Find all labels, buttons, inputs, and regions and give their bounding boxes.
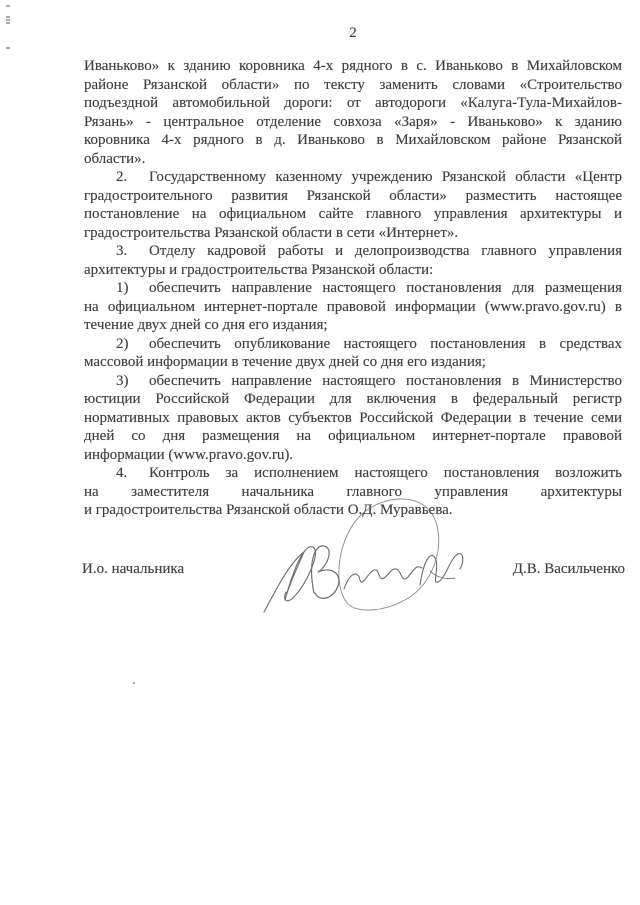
scan-speck	[6, 22, 10, 24]
text-line: массовой информации в течение двух дней …	[84, 353, 622, 372]
item-number: 3.	[116, 242, 149, 261]
signer-name: Д.В. Васильченко	[513, 560, 625, 579]
text-line: градостроительного развития Рязанской об…	[84, 187, 622, 206]
text-line: 4.Контроль за исполнением настоящего пос…	[84, 464, 622, 483]
text-line: области».	[84, 150, 622, 169]
text-line: районе Рязанской области» по тексту заме…	[84, 76, 622, 95]
text-line: Иваньково» к зданию коровника 4-х рядног…	[84, 57, 622, 76]
text-line: градостроительства Рязанской области в с…	[84, 224, 622, 243]
text-line: Рязань» - центральное отделение совхоза …	[84, 113, 622, 132]
scan-speck	[133, 682, 135, 684]
text-line: дней со дня размещения на официальном ин…	[84, 427, 622, 446]
text-line: нормативных правовых актов субъектов Рос…	[84, 409, 622, 428]
text-line: 2)обеспечить опубликование настоящего по…	[84, 335, 622, 354]
scan-speck	[6, 19, 10, 21]
text-line: коровника 4-х рядного в д. Иваньково в М…	[84, 131, 622, 150]
text-line: архитектуры и градостроительства Рязанск…	[84, 261, 622, 280]
text-line: информации (www.pravo.gov.ru).	[84, 446, 622, 465]
line-text: обеспечить направление настоящего постан…	[149, 372, 622, 391]
item-number: 1)	[116, 279, 149, 298]
handwritten-signature	[250, 492, 472, 620]
line-text: Отделу кадровой работы и делопроизводств…	[149, 242, 622, 261]
line-text: Контроль за исполнением настоящего поста…	[149, 464, 622, 483]
text-line: на официальном интернет-портале правовой…	[84, 298, 622, 317]
text-line: постановление на официальном сайте главн…	[84, 205, 622, 224]
text-line: 1)обеспечить направление настоящего пост…	[84, 279, 622, 298]
text-line: 3.Отделу кадровой работы и делопроизводс…	[84, 242, 622, 261]
item-number: 3)	[116, 372, 149, 391]
document-body: Иваньково» к зданию коровника 4-х рядног…	[84, 57, 622, 520]
scan-speck	[6, 5, 10, 7]
scan-speck	[6, 16, 10, 18]
text-line: 3)обеспечить направление настоящего пост…	[84, 372, 622, 391]
text-line: подъездной автомобильной дороги: от авто…	[84, 94, 622, 113]
scan-speck	[6, 47, 10, 49]
signer-position-label: И.о. начальника	[82, 560, 184, 579]
text-line: течение двух дней со дня его издания;	[84, 316, 622, 335]
scanned-document-page: 2 Иваньково» к зданию коровника 4-х рядн…	[0, 0, 640, 905]
item-number: 2)	[116, 335, 149, 354]
text-line: 2.Государственному казенному учреждению …	[84, 168, 622, 187]
line-text: обеспечить опубликование настоящего пост…	[149, 335, 622, 354]
line-text: обеспечить направление настоящего постан…	[149, 279, 622, 298]
signature-row: И.о. начальника Д.В. Васильченко	[82, 560, 625, 579]
line-text: Государственному казенному учреждению Ря…	[149, 168, 622, 187]
item-number: 2.	[116, 168, 149, 187]
page-number: 2	[84, 24, 622, 42]
text-line: юстиции Российской Федерации для включен…	[84, 390, 622, 409]
item-number: 4.	[116, 464, 149, 483]
